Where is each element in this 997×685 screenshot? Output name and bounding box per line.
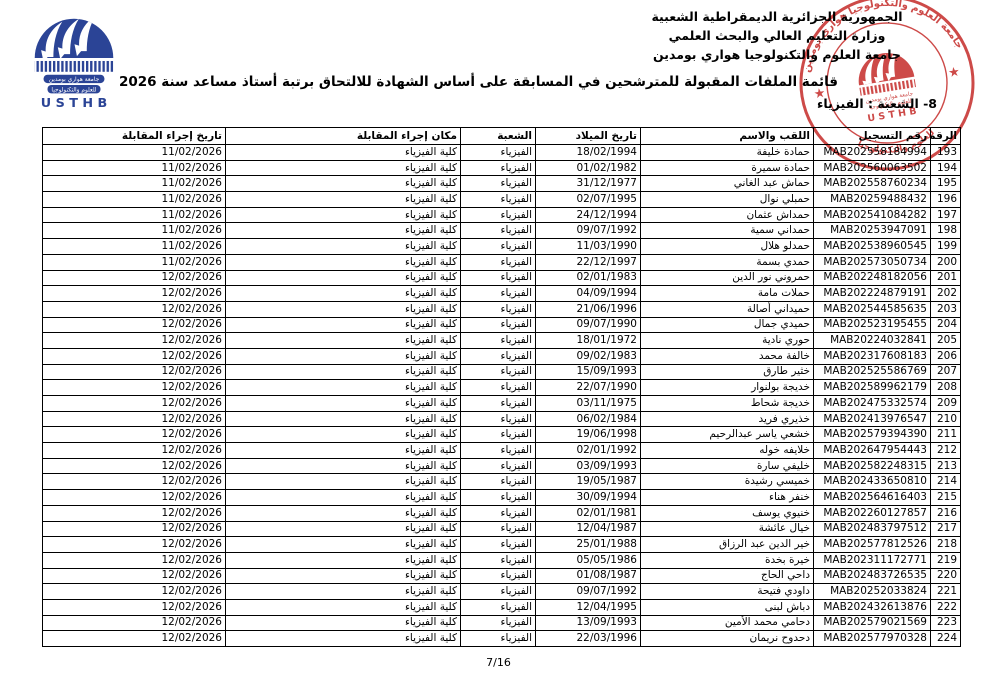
cell-full-name: خنفر هناء <box>641 490 814 506</box>
cell-number: 197 <box>931 207 961 223</box>
header-line-republic: الجمهورية الجزائرية الديمقراطية الشعبية <box>607 7 947 26</box>
cell-number: 202 <box>931 286 961 302</box>
cell-specialty: الفيزياء <box>461 568 536 584</box>
header-line-ministry: وزارة التعليم العالي والبحث العلمي <box>607 26 947 45</box>
cell-interview-place: كلية الفيزياء <box>226 537 461 553</box>
cell-specialty: الفيزياء <box>461 490 536 506</box>
table-row: 224MAB202577970328دحدوح نريمان22/03/1996… <box>43 631 961 647</box>
cell-specialty: الفيزياء <box>461 427 536 443</box>
cell-interview-place: كلية الفيزياء <box>226 552 461 568</box>
cell-specialty: الفيزياء <box>461 505 536 521</box>
cell-birth-date: 02/07/1995 <box>536 192 641 208</box>
cell-interview-date: 11/02/2026 <box>43 207 226 223</box>
cell-birth-date: 12/04/1995 <box>536 599 641 615</box>
cell-registration-number: MAB202523195455 <box>814 317 931 333</box>
cell-interview-place: كلية الفيزياء <box>226 270 461 286</box>
table-row: 209MAB202475332574خديجة شحاط03/11/1975ال… <box>43 396 961 412</box>
cell-specialty: الفيزياء <box>461 317 536 333</box>
cell-specialty: الفيزياء <box>461 364 536 380</box>
table-row: 212MAB202647954443خلايفه خوله02/01/1992ا… <box>43 443 961 459</box>
table-row: 221MAB20252033824داودي فتيحة09/07/1992ال… <box>43 584 961 600</box>
cell-registration-number: MAB202541084282 <box>814 207 931 223</box>
cell-full-name: حميدي جمال <box>641 317 814 333</box>
cell-interview-place: كلية الفيزياء <box>226 145 461 161</box>
cell-specialty: الفيزياء <box>461 286 536 302</box>
table-header-row: الرقمرقم التسجيلاللقب والاسمتاريخ الميلا… <box>43 128 961 145</box>
cell-interview-place: كلية الفيزياء <box>226 317 461 333</box>
cell-specialty: الفيزياء <box>461 301 536 317</box>
cell-registration-number: MAB20259488432 <box>814 192 931 208</box>
cell-interview-date: 12/02/2026 <box>43 411 226 427</box>
cell-full-name: داحي الحاج <box>641 568 814 584</box>
cell-specialty: الفيزياء <box>461 599 536 615</box>
cell-interview-place: كلية الفيزياء <box>226 443 461 459</box>
cell-full-name: خنيوي يوسف <box>641 505 814 521</box>
cell-registration-number: MAB202579021569 <box>814 615 931 631</box>
candidates-table: الرقمرقم التسجيلاللقب والاسمتاريخ الميلا… <box>42 127 961 647</box>
cell-number: 211 <box>931 427 961 443</box>
cell-specialty: الفيزياء <box>461 333 536 349</box>
cell-specialty: الفيزياء <box>461 239 536 255</box>
cell-interview-date: 11/02/2026 <box>43 239 226 255</box>
table-row: 214MAB202433650810خميسي رشيدة19/05/1987ا… <box>43 474 961 490</box>
cell-registration-number: MAB202311172771 <box>814 552 931 568</box>
cell-birth-date: 22/07/1990 <box>536 380 641 396</box>
cell-interview-place: كلية الفيزياء <box>226 207 461 223</box>
table-row: 203MAB202544585635حميداني أصالة21/06/199… <box>43 301 961 317</box>
cell-interview-place: كلية الفيزياء <box>226 380 461 396</box>
table-row: 196MAB20259488432حمبلي نوال02/07/1995الف… <box>43 192 961 208</box>
cell-interview-date: 12/02/2026 <box>43 552 226 568</box>
cell-interview-date: 11/02/2026 <box>43 176 226 192</box>
cell-number: 196 <box>931 192 961 208</box>
table-row: 213MAB202582248315خليفي سارة03/09/1993ال… <box>43 458 961 474</box>
cell-interview-date: 12/02/2026 <box>43 458 226 474</box>
cell-specialty: الفيزياء <box>461 207 536 223</box>
usthb-logo: جامعة هواري بومدين للعلوم والتكنولوجيا U… <box>20 4 128 116</box>
cell-full-name: خيرة بخدة <box>641 552 814 568</box>
cell-birth-date: 09/07/1992 <box>536 584 641 600</box>
cell-birth-date: 24/12/1994 <box>536 207 641 223</box>
cell-number: 193 <box>931 145 961 161</box>
cell-specialty: الفيزياء <box>461 443 536 459</box>
cell-specialty: الفيزياء <box>461 552 536 568</box>
cell-interview-date: 12/02/2026 <box>43 505 226 521</box>
cell-interview-date: 12/02/2026 <box>43 427 226 443</box>
table-row: 215MAB202564616403خنفر هناء30/09/1994الف… <box>43 490 961 506</box>
cell-specialty: الفيزياء <box>461 584 536 600</box>
cell-registration-number: MAB20252033824 <box>814 584 931 600</box>
table-row: 197MAB202541084282حمداش عثمان24/12/1994ا… <box>43 207 961 223</box>
cell-full-name: حمادة خليفة <box>641 145 814 161</box>
cell-interview-place: كلية الفيزياء <box>226 223 461 239</box>
cell-birth-date: 11/03/1990 <box>536 239 641 255</box>
cell-birth-date: 09/07/1990 <box>536 317 641 333</box>
table-row: 222MAB202432613876دباش لبنى12/04/1995الف… <box>43 599 961 615</box>
cell-interview-date: 12/02/2026 <box>43 333 226 349</box>
cell-interview-place: كلية الفيزياء <box>226 301 461 317</box>
col-header-specialty: الشعبة <box>461 128 536 145</box>
cell-interview-place: كلية الفيزياء <box>226 490 461 506</box>
cell-full-name: خذيري فريد <box>641 411 814 427</box>
cell-birth-date: 12/04/1987 <box>536 521 641 537</box>
cell-full-name: حمروني نور الدين <box>641 270 814 286</box>
col-header-interview-place: مكان إجراء المقابلة <box>226 128 461 145</box>
table-row: 207MAB202525586769خثير طارق15/09/1993الف… <box>43 364 961 380</box>
cell-interview-place: كلية الفيزياء <box>226 505 461 521</box>
cell-interview-date: 12/02/2026 <box>43 301 226 317</box>
cell-full-name: خالفة محمد <box>641 348 814 364</box>
cell-full-name: خثير طارق <box>641 364 814 380</box>
cell-full-name: دباش لبنى <box>641 599 814 615</box>
cell-number: 219 <box>931 552 961 568</box>
cell-interview-place: كلية الفيزياء <box>226 176 461 192</box>
cell-specialty: الفيزياء <box>461 521 536 537</box>
cell-number: 206 <box>931 348 961 364</box>
cell-birth-date: 01/02/1982 <box>536 160 641 176</box>
cell-interview-date: 12/02/2026 <box>43 380 226 396</box>
cell-registration-number: MAB202483797512 <box>814 521 931 537</box>
cell-birth-date: 09/02/1983 <box>536 348 641 364</box>
cell-number: 201 <box>931 270 961 286</box>
cell-interview-date: 12/02/2026 <box>43 348 226 364</box>
cell-birth-date: 02/01/1983 <box>536 270 641 286</box>
table-row: 204MAB202523195455حميدي جمال09/07/1990ال… <box>43 317 961 333</box>
document-page: جامعة هواري بومدين للعلوم والتكنولوجيا U… <box>0 0 997 685</box>
cell-interview-place: كلية الفيزياء <box>226 333 461 349</box>
cell-registration-number: MAB202577970328 <box>814 631 931 647</box>
col-header-full-name: اللقب والاسم <box>641 128 814 145</box>
cell-number: 223 <box>931 615 961 631</box>
cell-number: 221 <box>931 584 961 600</box>
logo-acronym: U S T H B <box>41 96 107 111</box>
cell-birth-date: 05/05/1986 <box>536 552 641 568</box>
cell-specialty: الفيزياء <box>461 474 536 490</box>
cell-number: 216 <box>931 505 961 521</box>
cell-number: 208 <box>931 380 961 396</box>
cell-interview-date: 12/02/2026 <box>43 286 226 302</box>
cell-interview-date: 12/02/2026 <box>43 474 226 490</box>
cell-number: 213 <box>931 458 961 474</box>
cell-birth-date: 25/01/1988 <box>536 537 641 553</box>
cell-interview-date: 12/02/2026 <box>43 490 226 506</box>
cell-full-name: حماش عبد الغاني <box>641 176 814 192</box>
cell-full-name: حمدلو هلال <box>641 239 814 255</box>
table-row: 198MAB20253947091حمداني سمية09/07/1992ال… <box>43 223 961 239</box>
cell-full-name: خشعي ياسر عبدالرحيم <box>641 427 814 443</box>
cell-registration-number: MAB202577812526 <box>814 537 931 553</box>
cell-birth-date: 31/12/1977 <box>536 176 641 192</box>
cell-specialty: الفيزياء <box>461 537 536 553</box>
cell-specialty: الفيزياء <box>461 411 536 427</box>
cell-interview-date: 12/02/2026 <box>43 443 226 459</box>
cell-number: 205 <box>931 333 961 349</box>
cell-specialty: الفيزياء <box>461 145 536 161</box>
table-row: 205MAB20224032841حوري نادية18/01/1972الف… <box>43 333 961 349</box>
table-row: 211MAB202579394390خشعي ياسر عبدالرحيم19/… <box>43 427 961 443</box>
cell-registration-number: MAB202558760234 <box>814 176 931 192</box>
cell-birth-date: 06/02/1984 <box>536 411 641 427</box>
cell-interview-place: كلية الفيزياء <box>226 568 461 584</box>
cell-interview-place: كلية الفيزياء <box>226 521 461 537</box>
cell-interview-date: 11/02/2026 <box>43 160 226 176</box>
col-header-interview-date: تاريخ إجراء المقابلة <box>43 128 226 145</box>
cell-birth-date: 18/02/1994 <box>536 145 641 161</box>
cell-birth-date: 21/06/1996 <box>536 301 641 317</box>
cell-registration-number: MAB202573050734 <box>814 254 931 270</box>
cell-number: 214 <box>931 474 961 490</box>
cell-interview-date: 11/02/2026 <box>43 223 226 239</box>
cell-registration-number: MAB202432613876 <box>814 599 931 615</box>
cell-birth-date: 04/09/1994 <box>536 286 641 302</box>
table-row: 195MAB202558760234حماش عبد الغاني31/12/1… <box>43 176 961 192</box>
cell-interview-date: 12/02/2026 <box>43 615 226 631</box>
table-row: 210MAB202413976547خذيري فريد06/02/1984ال… <box>43 411 961 427</box>
cell-birth-date: 01/08/1987 <box>536 568 641 584</box>
cell-number: 210 <box>931 411 961 427</box>
cell-interview-place: كلية الفيزياء <box>226 348 461 364</box>
cell-interview-place: كلية الفيزياء <box>226 474 461 490</box>
table-row: 219MAB202311172771خيرة بخدة05/05/1986الف… <box>43 552 961 568</box>
cell-interview-place: كلية الفيزياء <box>226 427 461 443</box>
cell-interview-date: 12/02/2026 <box>43 317 226 333</box>
cell-interview-place: كلية الفيزياء <box>226 599 461 615</box>
cell-number: 194 <box>931 160 961 176</box>
cell-number: 220 <box>931 568 961 584</box>
cell-birth-date: 22/12/1997 <box>536 254 641 270</box>
cell-birth-date: 22/03/1996 <box>536 631 641 647</box>
cell-interview-place: كلية الفيزياء <box>226 458 461 474</box>
cell-specialty: الفيزياء <box>461 254 536 270</box>
cell-birth-date: 13/09/1993 <box>536 615 641 631</box>
cell-full-name: خلايفه خوله <box>641 443 814 459</box>
cell-full-name: دحامي محمد الأمين <box>641 615 814 631</box>
cell-specialty: الفيزياء <box>461 160 536 176</box>
cell-full-name: حمادة سميرة <box>641 160 814 176</box>
cell-interview-date: 12/02/2026 <box>43 584 226 600</box>
cell-birth-date: 19/05/1987 <box>536 474 641 490</box>
cell-specialty: الفيزياء <box>461 615 536 631</box>
cell-full-name: خير الدين عبد الرزاق <box>641 537 814 553</box>
table-row: 220MAB202483726535داحي الحاج01/08/1987ال… <box>43 568 961 584</box>
cell-interview-date: 12/02/2026 <box>43 396 226 412</box>
logo-striped-band <box>35 61 114 72</box>
cell-registration-number: MAB202317608183 <box>814 348 931 364</box>
table-row: 202MAB202224879191حملات مامة04/09/1994ال… <box>43 286 961 302</box>
table-row: 223MAB202579021569دحامي محمد الأمين13/09… <box>43 615 961 631</box>
cell-birth-date: 03/11/1975 <box>536 396 641 412</box>
cell-interview-place: كلية الفيزياء <box>226 396 461 412</box>
table-row: 216MAB202260127857خنيوي يوسف02/01/1981ال… <box>43 505 961 521</box>
cell-full-name: حمبلي نوال <box>641 192 814 208</box>
cell-number: 207 <box>931 364 961 380</box>
cell-interview-place: كلية الفيزياء <box>226 239 461 255</box>
cell-interview-place: كلية الفيزياء <box>226 615 461 631</box>
cell-interview-date: 12/02/2026 <box>43 631 226 647</box>
cell-birth-date: 02/01/1981 <box>536 505 641 521</box>
cell-registration-number: MAB202475332574 <box>814 396 931 412</box>
col-header-registration-number: رقم التسجيل <box>814 128 931 145</box>
cell-full-name: حمداش عثمان <box>641 207 814 223</box>
cell-interview-place: كلية الفيزياء <box>226 160 461 176</box>
cell-registration-number: MAB202260127857 <box>814 505 931 521</box>
cell-interview-place: كلية الفيزياء <box>226 411 461 427</box>
cell-birth-date: 30/09/1994 <box>536 490 641 506</box>
table-row: 206MAB202317608183خالفة محمد09/02/1983ال… <box>43 348 961 364</box>
cell-interview-place: كلية الفيزياء <box>226 584 461 600</box>
cell-interview-date: 11/02/2026 <box>43 145 226 161</box>
cell-number: 200 <box>931 254 961 270</box>
cell-full-name: خليفي سارة <box>641 458 814 474</box>
cell-full-name: خميسي رشيدة <box>641 474 814 490</box>
cell-registration-number: MAB202544585635 <box>814 301 931 317</box>
cell-full-name: خيال عائشة <box>641 521 814 537</box>
cell-specialty: الفيزياء <box>461 631 536 647</box>
cell-full-name: خديجة بولنوار <box>641 380 814 396</box>
cell-birth-date: 03/09/1993 <box>536 458 641 474</box>
cell-specialty: الفيزياء <box>461 192 536 208</box>
cell-registration-number: MAB202589962179 <box>814 380 931 396</box>
cell-full-name: حميداني أصالة <box>641 301 814 317</box>
table-row: 194MAB202560063502حمادة سميرة01/02/1982ا… <box>43 160 961 176</box>
cell-birth-date: 09/07/1992 <box>536 223 641 239</box>
cell-interview-date: 12/02/2026 <box>43 270 226 286</box>
table-row: 217MAB202483797512خيال عائشة12/04/1987ال… <box>43 521 961 537</box>
cell-interview-date: 12/02/2026 <box>43 521 226 537</box>
table-row: 199MAB202538960545حمدلو هلال11/03/1990ال… <box>43 239 961 255</box>
cell-full-name: حمداني سمية <box>641 223 814 239</box>
col-header-birth-date: تاريخ الميلاد <box>536 128 641 145</box>
cell-specialty: الفيزياء <box>461 380 536 396</box>
document-title: قائمة الملفات المقبولة للمترشحين في المس… <box>0 74 997 90</box>
cell-birth-date: 02/01/1992 <box>536 443 641 459</box>
cell-full-name: داودي فتيحة <box>641 584 814 600</box>
cell-registration-number: MAB202560063502 <box>814 160 931 176</box>
cell-registration-number: MAB202582248315 <box>814 458 931 474</box>
cell-full-name: حمدي بسمة <box>641 254 814 270</box>
cell-full-name: حوري نادية <box>641 333 814 349</box>
cell-full-name: خديجة شحاط <box>641 396 814 412</box>
cell-number: 209 <box>931 396 961 412</box>
cell-number: 212 <box>931 443 961 459</box>
cell-interview-date: 12/02/2026 <box>43 568 226 584</box>
cell-full-name: دحدوح نريمان <box>641 631 814 647</box>
col-header-number: الرقم <box>931 128 961 145</box>
table-body: 193MAB202558184994حمادة خليفة18/02/1994ا… <box>43 145 961 647</box>
cell-interview-place: كلية الفيزياء <box>226 286 461 302</box>
cell-number: 199 <box>931 239 961 255</box>
cell-specialty: الفيزياء <box>461 348 536 364</box>
cell-interview-place: كلية الفيزياء <box>226 631 461 647</box>
cell-number: 198 <box>931 223 961 239</box>
cell-registration-number: MAB202525586769 <box>814 364 931 380</box>
cell-interview-date: 11/02/2026 <box>43 254 226 270</box>
government-header: الجمهورية الجزائرية الديمقراطية الشعبية … <box>607 7 947 64</box>
table-row: 193MAB202558184994حمادة خليفة18/02/1994ا… <box>43 145 961 161</box>
cell-specialty: الفيزياء <box>461 396 536 412</box>
cell-registration-number: MAB202558184994 <box>814 145 931 161</box>
cell-interview-place: كلية الفيزياء <box>226 364 461 380</box>
section-label: 8- الشعبة : الفيزياء <box>817 96 937 111</box>
cell-registration-number: MAB202647954443 <box>814 443 931 459</box>
cell-birth-date: 19/06/1998 <box>536 427 641 443</box>
cell-number: 203 <box>931 301 961 317</box>
cell-interview-date: 12/02/2026 <box>43 599 226 615</box>
cell-full-name: حملات مامة <box>641 286 814 302</box>
cell-number: 204 <box>931 317 961 333</box>
cell-number: 195 <box>931 176 961 192</box>
cell-registration-number: MAB202538960545 <box>814 239 931 255</box>
cell-number: 218 <box>931 537 961 553</box>
cell-interview-date: 12/02/2026 <box>43 537 226 553</box>
cell-registration-number: MAB202564616403 <box>814 490 931 506</box>
cell-specialty: الفيزياء <box>461 223 536 239</box>
cell-specialty: الفيزياء <box>461 458 536 474</box>
table-row: 218MAB202577812526خير الدين عبد الرزاق25… <box>43 537 961 553</box>
cell-registration-number: MAB202224879191 <box>814 286 931 302</box>
table-row: 201MAB202248182056حمروني نور الدين02/01/… <box>43 270 961 286</box>
table-row: 208MAB202589962179خديجة بولنوار22/07/199… <box>43 380 961 396</box>
page-number: 7/16 <box>0 656 997 669</box>
cell-number: 215 <box>931 490 961 506</box>
cell-birth-date: 15/09/1993 <box>536 364 641 380</box>
cell-specialty: الفيزياء <box>461 176 536 192</box>
cell-number: 224 <box>931 631 961 647</box>
logo-dome <box>35 16 114 62</box>
cell-interview-date: 12/02/2026 <box>43 364 226 380</box>
cell-registration-number: MAB202433650810 <box>814 474 931 490</box>
cell-number: 217 <box>931 521 961 537</box>
cell-birth-date: 18/01/1972 <box>536 333 641 349</box>
cell-number: 222 <box>931 599 961 615</box>
cell-registration-number: MAB202248182056 <box>814 270 931 286</box>
header-line-university: جامعة العلوم والتكنولوجيا هواري بومدين <box>607 45 947 64</box>
cell-registration-number: MAB202413976547 <box>814 411 931 427</box>
cell-registration-number: MAB202483726535 <box>814 568 931 584</box>
cell-interview-place: كلية الفيزياء <box>226 192 461 208</box>
cell-interview-date: 11/02/2026 <box>43 192 226 208</box>
table-row: 200MAB202573050734حمدي بسمة22/12/1997الف… <box>43 254 961 270</box>
cell-specialty: الفيزياء <box>461 270 536 286</box>
cell-registration-number: MAB20224032841 <box>814 333 931 349</box>
cell-registration-number: MAB20253947091 <box>814 223 931 239</box>
cell-registration-number: MAB202579394390 <box>814 427 931 443</box>
cell-interview-place: كلية الفيزياء <box>226 254 461 270</box>
